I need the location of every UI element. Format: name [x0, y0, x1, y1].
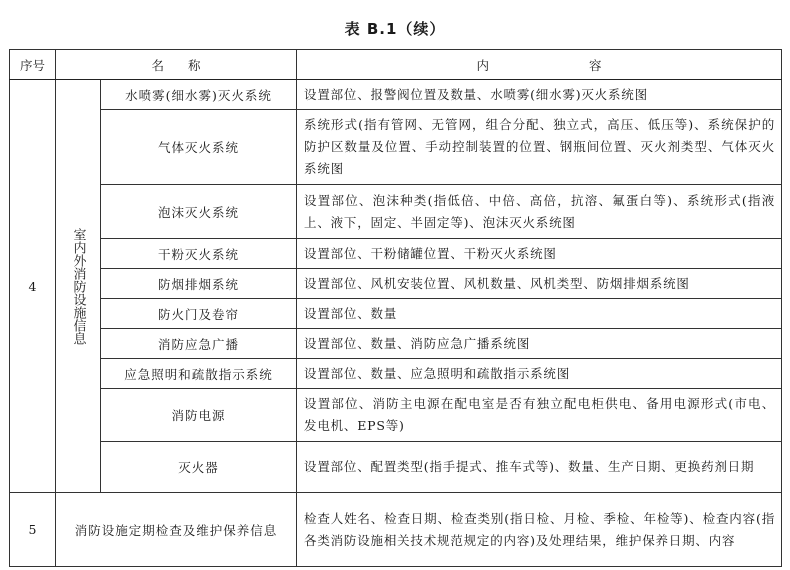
table-row: 气体灭火系统 系统形式(指有管网、无管网，组合分配、独立式，高压、低压等)、系统…	[10, 110, 782, 185]
item-name: 防烟排烟系统	[101, 269, 297, 299]
table-row: 干粉灭火系统 设置部位、干粉储罐位置、干粉灭火系统图	[10, 239, 782, 269]
item-content: 设置部位、干粉储罐位置、干粉灭火系统图	[297, 239, 782, 269]
table-row: 泡沫灭火系统 设置部位、泡沫种类(指低倍、中倍、高倍，抗溶、氟蛋白等)、系统形式…	[10, 185, 782, 239]
table-row: 应急照明和疏散指示系统 设置部位、数量、应急照明和疏散指示系统图	[10, 359, 782, 389]
item-content: 设置部位、风机安装位置、风机数量、风机类型、防烟排烟系统图	[297, 269, 782, 299]
item-name: 灭火器	[101, 442, 297, 493]
header-name-label: 名称	[128, 58, 225, 73]
table-row: 灭火器 设置部位、配置类型(指手提式、推车式等)、数量、生产日期、更换药剂日期	[10, 442, 782, 493]
item-content: 系统形式(指有管网、无管网，组合分配、独立式，高压、低压等)、系统保护的防护区数…	[297, 110, 782, 185]
item-content: 检查人姓名、检查日期、检查类别(指日检、月检、季检、年检等)、检查内容(指各类消…	[297, 493, 782, 567]
header-content-label: 内容	[377, 58, 702, 73]
facility-info-table: 序号 名称 内容 4 室内外消防设施信息 水喷雾(细水雾)灭火系统 设置部位、报…	[9, 49, 782, 567]
item-name: 消防电源	[101, 389, 297, 442]
table-header-row: 序号 名称 内容	[10, 50, 782, 80]
item-name: 气体灭火系统	[101, 110, 297, 185]
table-title: 表 B.1（续）	[0, 18, 790, 40]
table-row: 5 消防设施定期检查及维护保养信息 检查人姓名、检查日期、检查类别(指日检、月检…	[10, 493, 782, 567]
table-row: 消防电源 设置部位、消防主电源在配电室是否有独立配电柜供电、备用电源形式(市电、…	[10, 389, 782, 442]
item-name: 水喷雾(细水雾)灭火系统	[101, 80, 297, 110]
item-content: 设置部位、报警阀位置及数量、水喷雾(细水雾)灭火系统图	[297, 80, 782, 110]
table-row: 4 室内外消防设施信息 水喷雾(细水雾)灭火系统 设置部位、报警阀位置及数量、水…	[10, 80, 782, 110]
header-content: 内容	[297, 50, 782, 80]
category-label: 室内外消防设施信息	[71, 228, 86, 345]
header-name: 名称	[56, 50, 297, 80]
item-content: 设置部位、数量	[297, 299, 782, 329]
item-content: 设置部位、消防主电源在配电室是否有独立配电柜供电、备用电源形式(市电、发电机、E…	[297, 389, 782, 442]
item-name: 防火门及卷帘	[101, 299, 297, 329]
item-name: 消防应急广播	[101, 329, 297, 359]
item-content: 设置部位、泡沫种类(指低倍、中倍、高倍，抗溶、氟蛋白等)、系统形式(指液上、液下…	[297, 185, 782, 239]
header-index: 序号	[10, 50, 56, 80]
item-content: 设置部位、配置类型(指手提式、推车式等)、数量、生产日期、更换药剂日期	[297, 442, 782, 493]
row-index: 4	[10, 80, 56, 493]
row-index: 5	[10, 493, 56, 567]
item-content: 设置部位、数量、消防应急广播系统图	[297, 329, 782, 359]
item-name: 应急照明和疏散指示系统	[101, 359, 297, 389]
item-name: 消防设施定期检查及维护保养信息	[56, 493, 297, 567]
category-cell: 室内外消防设施信息	[56, 80, 101, 493]
item-content: 设置部位、数量、应急照明和疏散指示系统图	[297, 359, 782, 389]
table-row: 消防应急广播 设置部位、数量、消防应急广播系统图	[10, 329, 782, 359]
table-row: 防火门及卷帘 设置部位、数量	[10, 299, 782, 329]
item-name: 干粉灭火系统	[101, 239, 297, 269]
table-row: 防烟排烟系统 设置部位、风机安装位置、风机数量、风机类型、防烟排烟系统图	[10, 269, 782, 299]
item-name: 泡沫灭火系统	[101, 185, 297, 239]
